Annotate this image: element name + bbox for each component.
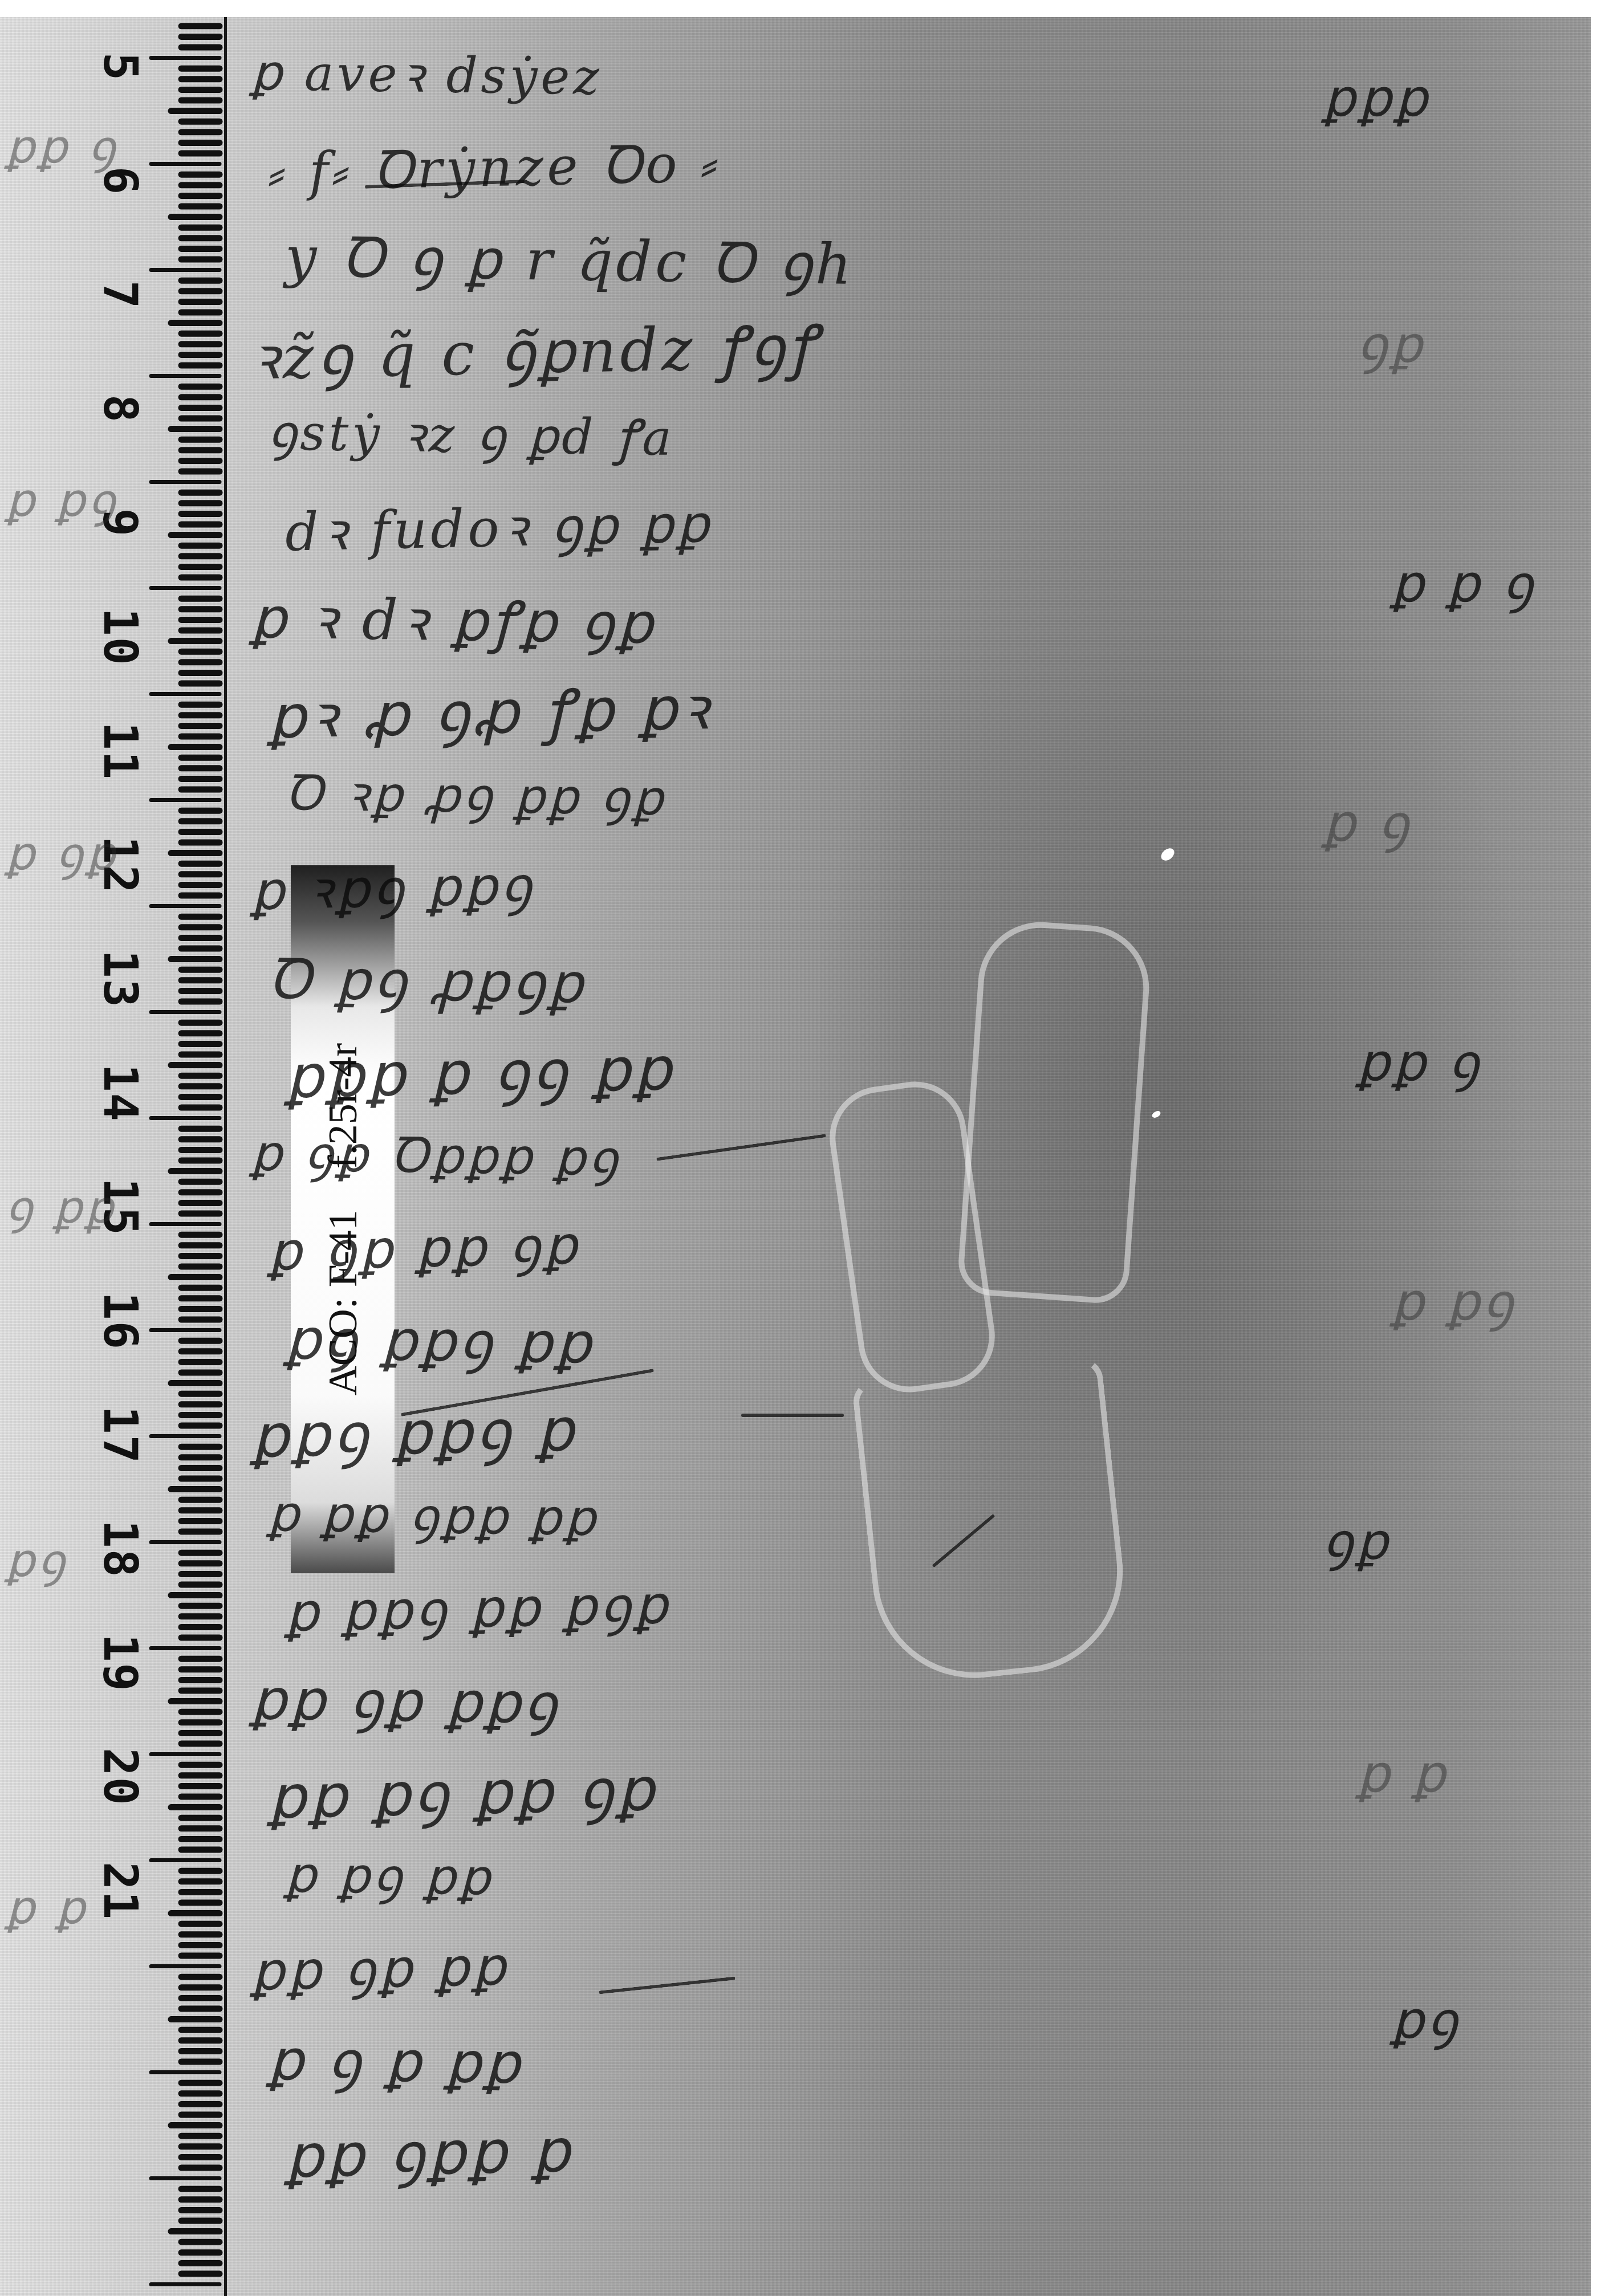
ruler-number: 5 [93, 33, 147, 101]
handwritten-line: Ꝺ ꝛꝑ ꝓꝯ ꝑꝑ ꝯꝑ [285, 758, 667, 829]
handwritten-line: Ꝺ ꝑꝯ ꝓꝑꝯꝑ [267, 938, 587, 1019]
ruler-number: 8 [93, 375, 147, 443]
handwritten-line: dꝛ fudoꝛ ꝯꝑ ꝑꝑ [285, 486, 713, 566]
ruler-number: 14 [93, 1059, 147, 1127]
margin-note: ꝑꝑ ꝯ [1357, 1026, 1482, 1096]
margin-note: ꝑ ꝑ [1357, 1744, 1449, 1804]
bleed-through-text: ꝑ ꝯꝑ [6, 821, 119, 883]
handwritten-line: ꝑ ꝛ dꝛ ꝑꝭꝑ ꝯꝑ [250, 577, 657, 660]
hand-watermark [956, 918, 1153, 1305]
handwritten-line: ꝑ aveꝛ dsẏez [250, 38, 603, 109]
bleed-through-text: ꝑꝯ [6, 1528, 68, 1590]
bleed-through-text: ꝑ ꝑ [6, 1881, 88, 1934]
margin-note: ꝑꝑꝑ [1323, 68, 1431, 128]
ruler-number: 18 [93, 1515, 147, 1583]
ruler-number: 10 [93, 603, 147, 671]
ruler-number: 13 [93, 945, 147, 1013]
handwritten-line: ꝛz̃ꝯ q̃ c ꝯ̃ꝑndz ꝭꝯꝭ [250, 304, 820, 397]
margin-note: ꝯꝑ [1357, 308, 1425, 377]
handwritten-line: ꝑꝑ ꝯꝑ ꝑꝑꝯ [250, 1659, 560, 1740]
ruler-number: 17 [93, 1401, 147, 1469]
handwritten-line: ꝑꝑꝑ ꝑ ꝯꝯ ꝑꝑ [285, 1027, 676, 1115]
bleed-through-text: ꝑ ꝑꝯ [6, 467, 119, 530]
handwritten-line: y Ꝺ ꝯ ꝑ r q̃dc Ꝺ ꝯh [285, 216, 855, 300]
ruler-number: 11 [93, 717, 147, 785]
bleed-through-text: ꝑꝑ ꝯ [6, 114, 119, 176]
ruler-number: 19 [93, 1629, 147, 1697]
ruler-number: 16 [93, 1287, 147, 1355]
handwritten-line: ꝑ ꝯꝑ ꝑꝑ ꝯꝑ [267, 1207, 581, 1285]
handwritten-line: ꝑ ꝑꝑꝯ ꝑꝑ ꝑꝯꝑ [285, 1567, 672, 1646]
ruler-ticks [0, 17, 239, 2296]
ruler-number: 21 [93, 1857, 147, 1925]
handwritten-line: ꝑ ꝛꝑꝯ ꝑꝑꝯ [250, 848, 535, 925]
margin-note: ꝯꝑ [1323, 1505, 1391, 1574]
margin-note: ꝑꝯ [1391, 1984, 1461, 2053]
ruler-number: 7 [93, 261, 147, 329]
handwritten-line: ꝑꝑ ꝯꝑ ꝑꝑ [250, 1928, 510, 2005]
ink-stroke [741, 1414, 844, 1417]
bleed-through-text: ꝯ ꝑꝑ [6, 1174, 117, 1236]
handwritten-line: ꝑ ꝑꝯ ꝑꝑ [285, 1839, 494, 1909]
handwritten-line: ⸗ f⸗ Ꝺrẏnze Ꝺo ⸗ [267, 125, 722, 206]
ruler-edge [224, 17, 227, 2296]
hand-watermark-cuff [851, 1355, 1133, 1688]
handwritten-line: ꝑꝑ ꝑꝯ ꝑꝑ ꝯꝑ [267, 1747, 659, 1835]
handwritten-line: ꝑꝛ ꝓ ꝯꝓ ꝭꝑ ꝑꝛ [267, 666, 713, 755]
handwritten-line: ꝑꝑꝯ ꝑꝑꝯ ꝑ [250, 1387, 578, 1475]
ruler-number: 20 [93, 1743, 147, 1811]
handwritten-line: ꝑ ꝯ ꝑ ꝑꝑ [267, 2020, 524, 2099]
handwritten-line: ꝑꝯ ꝑꝑꝯ ꝑꝑ [285, 1298, 595, 1379]
handwritten-line: ꝑꝑ ꝯꝑꝑ ꝑ [285, 2108, 574, 2195]
handwritten-line: ꝑ ꝯꝑ Ꝺꝑꝑꝑ ꝑꝯ [250, 1118, 621, 1190]
margin-note: ꝑ ꝯ [1323, 787, 1412, 856]
handwritten-line: ꝯstẏ ꝛz ꝯ ꝑd ꝭa [267, 397, 675, 470]
margin-note: ꝑ ꝑ ꝯ [1391, 547, 1536, 617]
handwritten-line: ꝑ ꝑꝑ ꝯꝑꝑ ꝑꝑ [267, 1479, 599, 1550]
measurement-ruler: 56789101112131415161718192021 [0, 17, 239, 2296]
margin-note: ꝑ ꝑꝯ [1391, 1265, 1517, 1335]
